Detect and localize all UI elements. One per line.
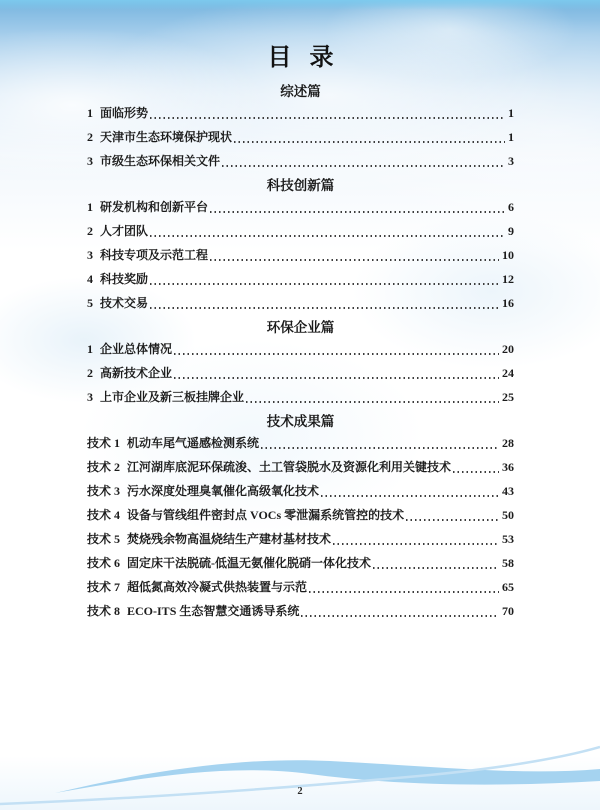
entry-dot-leader bbox=[174, 353, 499, 355]
entry-title: 市级生态环保相关文件 bbox=[100, 154, 220, 169]
toc-entry: 技术 7超低氮高效冷凝式供热装置与示范65 bbox=[87, 580, 514, 595]
toc-entry: 2高新技术企业24 bbox=[87, 366, 514, 381]
entry-title: 上市企业及新三板挂牌企业 bbox=[100, 390, 244, 405]
entry-dot-leader bbox=[234, 141, 505, 143]
toc-entry: 技术 8ECO-ITS 生态智慧交通诱导系统70 bbox=[87, 604, 514, 619]
section-heading: 综述篇 bbox=[87, 84, 514, 100]
entry-title: 超低氮高效冷凝式供热装置与示范 bbox=[127, 580, 307, 595]
entry-number: 技术 2 bbox=[87, 460, 120, 475]
entry-title: 设备与管线组件密封点 VOCs 零泄漏系统管控的技术 bbox=[127, 508, 404, 523]
entry-page-number: 16 bbox=[502, 296, 514, 311]
entry-dot-leader bbox=[150, 117, 505, 119]
toc-page: 目 录 综述篇1面临形势12天津市生态环境保护现状13市级生态环保相关文件3科技… bbox=[0, 0, 600, 810]
entry-title: 人才团队 bbox=[100, 224, 148, 239]
entry-title: 机动车尾气遥感检测系统 bbox=[127, 436, 259, 451]
toc-entry: 技术 6固定床干法脱硫-低温无氨催化脱硝一体化技术58 bbox=[87, 556, 514, 571]
entry-dot-leader bbox=[301, 615, 499, 617]
toc-entry: 技术 1机动车尾气遥感检测系统28 bbox=[87, 436, 514, 451]
toc-entry: 技术 2江河湖库底泥环保疏浚、土工管袋脱水及资源化利用关键技术36 bbox=[87, 460, 514, 475]
entry-page-number: 12 bbox=[502, 272, 514, 287]
entry-title: 江河湖库底泥环保疏浚、土工管袋脱水及资源化利用关键技术 bbox=[127, 460, 451, 475]
entry-page-number: 53 bbox=[502, 532, 514, 547]
entry-dot-leader bbox=[333, 543, 499, 545]
toc-entry: 4科技奖励12 bbox=[87, 272, 514, 287]
entry-dot-leader bbox=[321, 495, 499, 497]
entry-page-number: 43 bbox=[502, 484, 514, 499]
entry-number: 1 bbox=[87, 106, 93, 121]
toc-entry: 技术 3污水深度处理臭氧催化高级氧化技术43 bbox=[87, 484, 514, 499]
toc-entry: 5技术交易16 bbox=[87, 296, 514, 311]
entry-number: 3 bbox=[87, 390, 93, 405]
entry-number: 技术 5 bbox=[87, 532, 120, 547]
toc-entry: 2人才团队9 bbox=[87, 224, 514, 239]
page-title: 目 录 bbox=[87, 44, 514, 72]
entry-number: 2 bbox=[87, 130, 93, 145]
entry-title: ECO-ITS 生态智慧交通诱导系统 bbox=[127, 604, 299, 619]
entry-page-number: 50 bbox=[502, 508, 514, 523]
entry-title: 科技奖励 bbox=[100, 272, 148, 287]
entry-title: 污水深度处理臭氧催化高级氧化技术 bbox=[127, 484, 319, 499]
entry-dot-leader bbox=[210, 211, 505, 213]
entry-number: 技术 7 bbox=[87, 580, 120, 595]
entry-number: 5 bbox=[87, 296, 93, 311]
entry-dot-leader bbox=[222, 165, 505, 167]
toc-entry: 2天津市生态环境保护现状1 bbox=[87, 130, 514, 145]
entry-dot-leader bbox=[246, 401, 499, 403]
entry-page-number: 58 bbox=[502, 556, 514, 571]
page-number: 2 bbox=[0, 786, 600, 797]
entry-number: 2 bbox=[87, 366, 93, 381]
entry-title: 研发机构和创新平台 bbox=[100, 200, 208, 215]
entry-page-number: 1 bbox=[508, 130, 514, 145]
entry-dot-leader bbox=[150, 235, 505, 237]
entry-page-number: 25 bbox=[502, 390, 514, 405]
entry-page-number: 28 bbox=[502, 436, 514, 451]
entry-number: 技术 1 bbox=[87, 436, 120, 451]
toc-entry: 3市级生态环保相关文件3 bbox=[87, 154, 514, 169]
entry-number: 3 bbox=[87, 154, 93, 169]
toc-sections: 综述篇1面临形势12天津市生态环境保护现状13市级生态环保相关文件3科技创新篇1… bbox=[87, 84, 514, 619]
entry-title: 面临形势 bbox=[100, 106, 148, 121]
entry-title: 焚烧残余物高温烧结生产建材基材技术 bbox=[127, 532, 331, 547]
entry-dot-leader bbox=[150, 283, 499, 285]
entry-dot-leader bbox=[174, 377, 499, 379]
entry-title: 科技专项及示范工程 bbox=[100, 248, 208, 263]
entry-number: 3 bbox=[87, 248, 93, 263]
entry-page-number: 6 bbox=[508, 200, 514, 215]
toc-content: 目 录 综述篇1面临形势12天津市生态环境保护现状13市级生态环保相关文件3科技… bbox=[87, 44, 514, 628]
entry-title: 固定床干法脱硫-低温无氨催化脱硝一体化技术 bbox=[127, 556, 371, 571]
entry-page-number: 1 bbox=[508, 106, 514, 121]
toc-entry: 1面临形势1 bbox=[87, 106, 514, 121]
entry-title: 天津市生态环境保护现状 bbox=[100, 130, 232, 145]
entry-dot-leader bbox=[453, 471, 499, 473]
entry-number: 2 bbox=[87, 224, 93, 239]
entry-number: 技术 8 bbox=[87, 604, 120, 619]
entry-dot-leader bbox=[261, 447, 499, 449]
entry-page-number: 70 bbox=[502, 604, 514, 619]
entry-page-number: 9 bbox=[508, 224, 514, 239]
section-heading: 环保企业篇 bbox=[87, 320, 514, 336]
toc-entry: 3科技专项及示范工程10 bbox=[87, 248, 514, 263]
entry-number: 1 bbox=[87, 342, 93, 357]
entry-page-number: 36 bbox=[502, 460, 514, 475]
entry-page-number: 10 bbox=[502, 248, 514, 263]
entry-page-number: 20 bbox=[502, 342, 514, 357]
entry-dot-leader bbox=[210, 259, 499, 261]
entry-number: 1 bbox=[87, 200, 93, 215]
entry-number: 4 bbox=[87, 272, 93, 287]
entry-title: 企业总体情况 bbox=[100, 342, 172, 357]
section-heading: 科技创新篇 bbox=[87, 178, 514, 194]
entry-dot-leader bbox=[309, 591, 499, 593]
toc-entry: 技术 5焚烧残余物高温烧结生产建材基材技术53 bbox=[87, 532, 514, 547]
entry-page-number: 65 bbox=[502, 580, 514, 595]
entry-title: 技术交易 bbox=[100, 296, 148, 311]
toc-entry: 3上市企业及新三板挂牌企业25 bbox=[87, 390, 514, 405]
entry-number: 技术 4 bbox=[87, 508, 120, 523]
entry-dot-leader bbox=[373, 567, 499, 569]
toc-entry: 技术 4设备与管线组件密封点 VOCs 零泄漏系统管控的技术50 bbox=[87, 508, 514, 523]
entry-dot-leader bbox=[406, 519, 499, 521]
entry-dot-leader bbox=[150, 307, 499, 309]
toc-entry: 1企业总体情况20 bbox=[87, 342, 514, 357]
entry-page-number: 3 bbox=[508, 154, 514, 169]
entry-number: 技术 3 bbox=[87, 484, 120, 499]
toc-entry: 1研发机构和创新平台6 bbox=[87, 200, 514, 215]
entry-number: 技术 6 bbox=[87, 556, 120, 571]
entry-page-number: 24 bbox=[502, 366, 514, 381]
entry-title: 高新技术企业 bbox=[100, 366, 172, 381]
section-heading: 技术成果篇 bbox=[87, 414, 514, 430]
